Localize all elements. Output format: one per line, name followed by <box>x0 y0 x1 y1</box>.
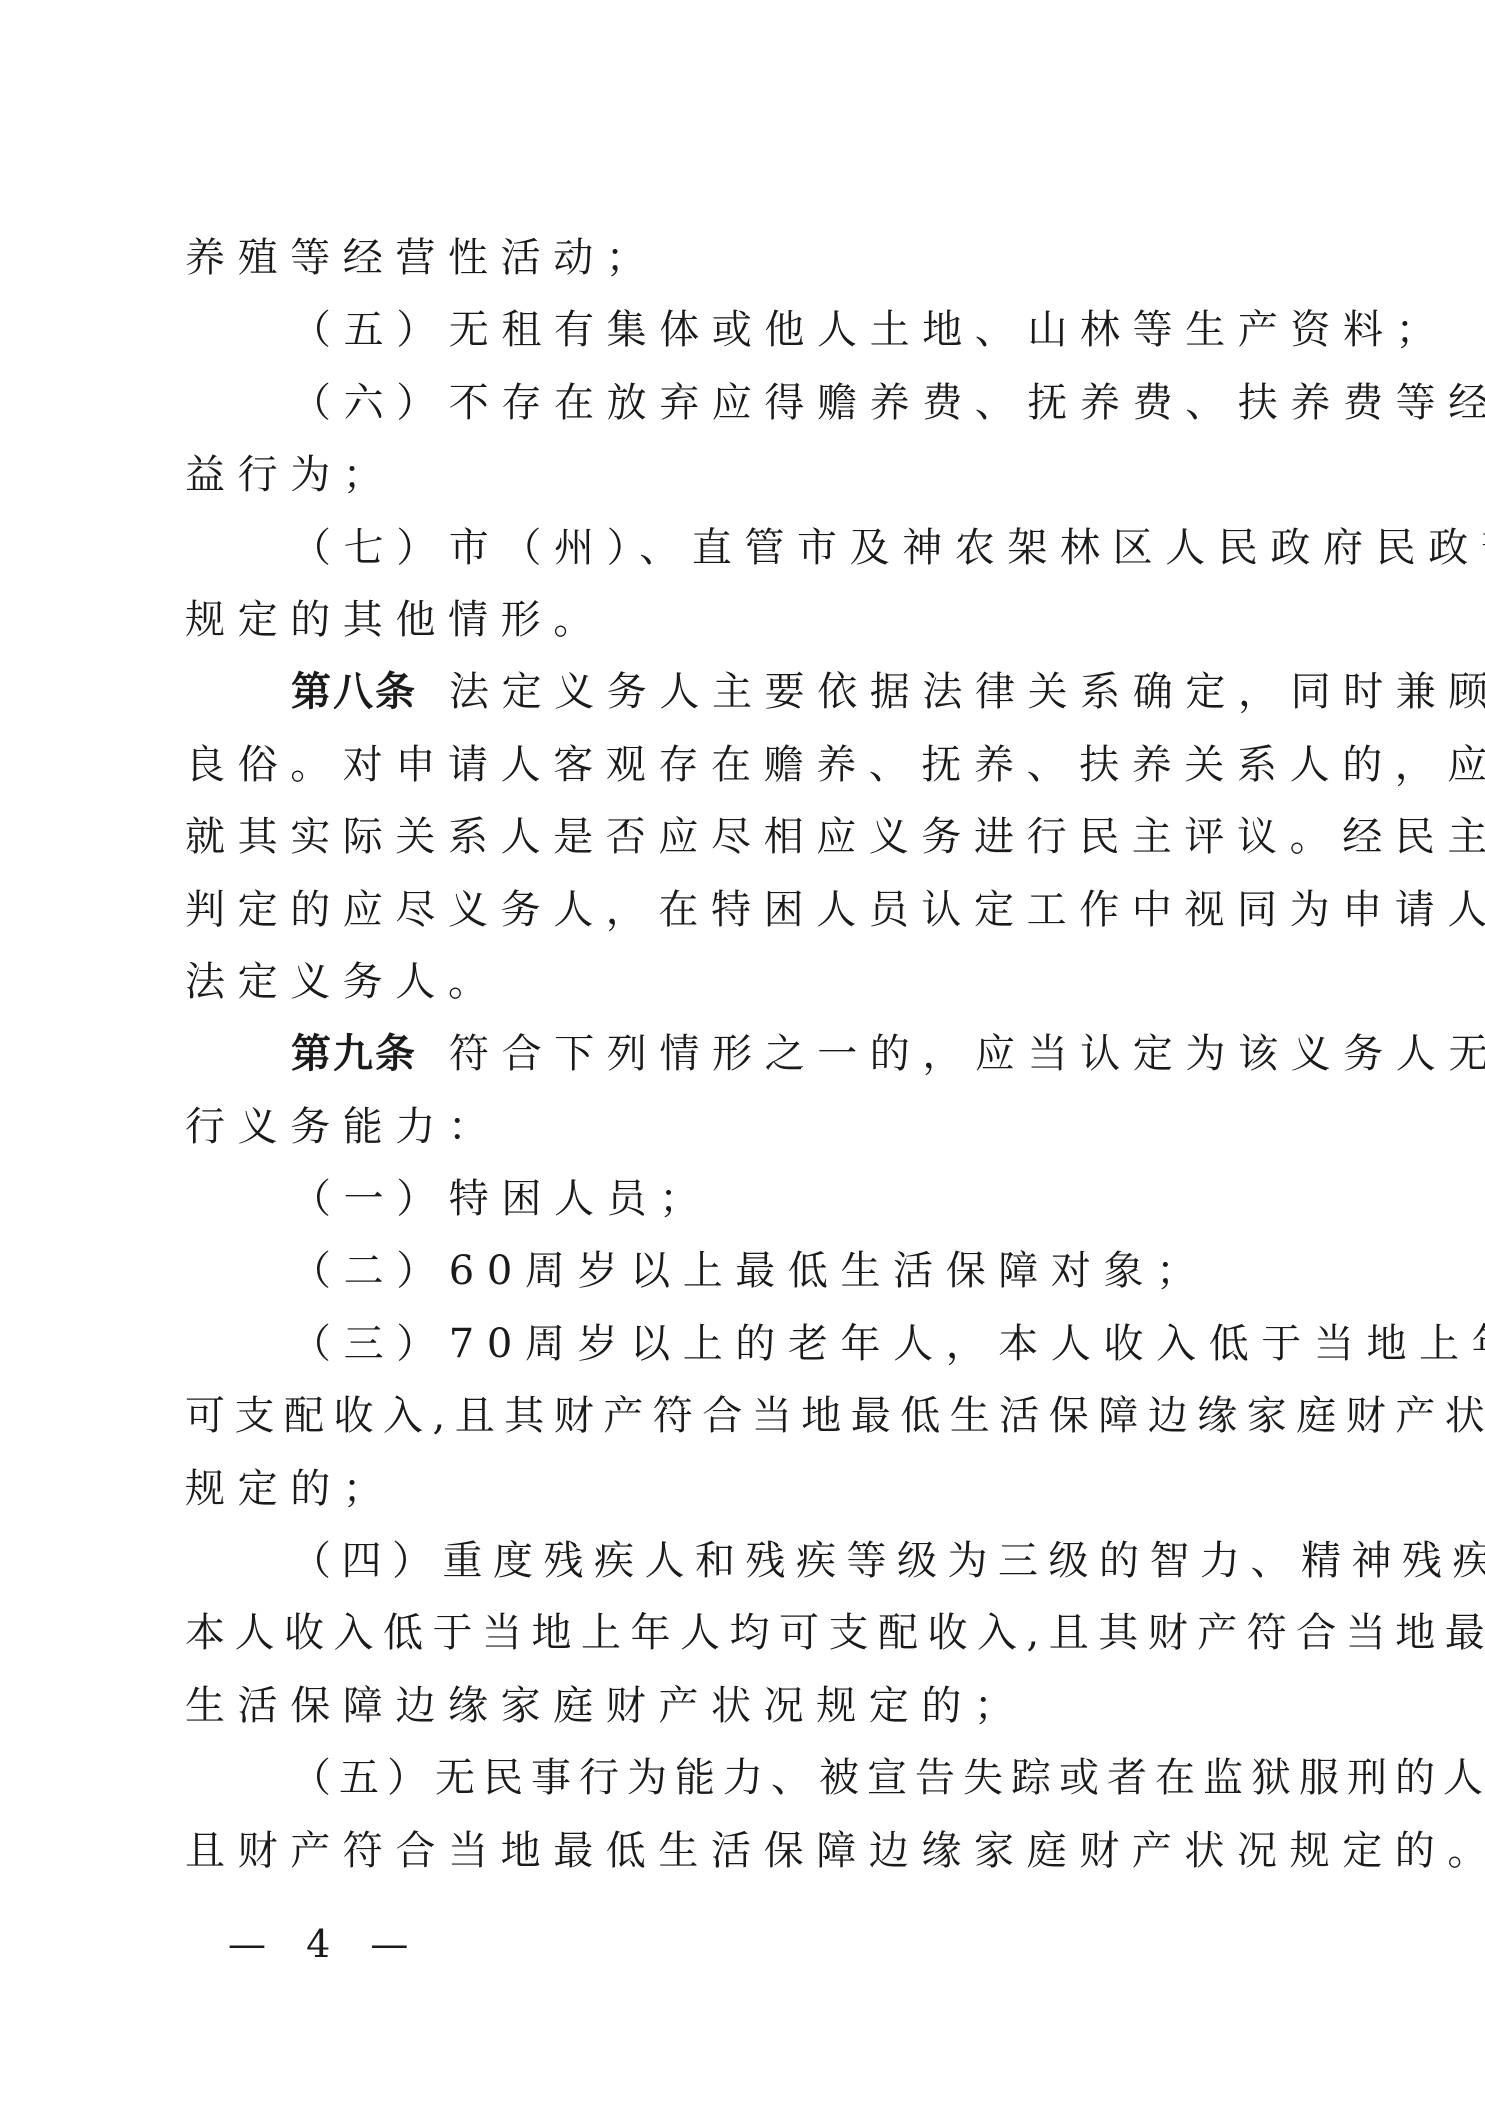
text-line: 本人收入低于当地上年人均可支配收入,且其财产符合当地最低 <box>185 1597 1255 1669</box>
document-page: 养殖等经营性活动； （五）无租有集体或他人土地、山林等生产资料； （六）不存在放… <box>185 222 1255 1887</box>
text-line: 可支配收入,且其财产符合当地最低生活保障边缘家庭财产状况 <box>185 1380 1255 1452</box>
text-line: 判定的应尽义务人，在特困人员认定工作中视同为申请人的 <box>185 874 1255 946</box>
article-9-heading: 第九条 <box>291 1031 417 1077</box>
text-line: 就其实际关系人是否应尽相应义务进行民主评议。经民主评议 <box>185 801 1255 873</box>
text-line: 行义务能力： <box>185 1091 1255 1163</box>
text-line: 法定义务人。 <box>185 946 1255 1018</box>
list-item-1: （一）特困人员； <box>185 1163 1255 1235</box>
text-line: 益行为； <box>185 439 1255 511</box>
list-item-5: （五）无租有集体或他人土地、山林等生产资料； <box>185 294 1255 366</box>
list-item-7: （七）市（州）、直管市及神农架林区人民政府民政部门 <box>185 512 1255 584</box>
article-8-heading: 第八条 <box>291 669 417 715</box>
text-line: 良俗。对申请人客观存在赡养、抚养、扶养关系人的，应依规 <box>185 729 1255 801</box>
article-9: 第九条符合下列情形之一的，应当认定为该义务人无履 <box>185 1018 1255 1090</box>
article-8: 第八条法定义务人主要依据法律关系确定，同时兼顾公序 <box>185 656 1255 728</box>
text-line: 且财产符合当地最低生活保障边缘家庭财产状况规定的。 <box>185 1815 1255 1887</box>
list-item-4: （四）重度残疾人和残疾等级为三级的智力、精神残疾人， <box>185 1525 1255 1597</box>
list-item-2: （二）60周岁以上最低生活保障对象； <box>185 1235 1255 1307</box>
list-item-5b: （五）无民事行为能力、被宣告失踪或者在监狱服刑的人员， <box>185 1742 1255 1814</box>
article-9-text: 符合下列情形之一的，应当认定为该义务人无履 <box>449 1031 1485 1077</box>
article-8-text: 法定义务人主要依据法律关系确定，同时兼顾公序 <box>449 669 1485 715</box>
text-line: 生活保障边缘家庭财产状况规定的； <box>185 1670 1255 1742</box>
text-line: 规定的其他情形。 <box>185 584 1255 656</box>
text-line: 规定的； <box>185 1453 1255 1525</box>
list-item-6: （六）不存在放弃应得赡养费、抚养费、扶养费等经济利 <box>185 367 1255 439</box>
page-number: — 4 — <box>228 1922 422 1966</box>
list-item-3: （三）70周岁以上的老年人，本人收入低于当地上年人均 <box>185 1308 1255 1380</box>
text-line: 养殖等经营性活动； <box>185 222 1255 294</box>
